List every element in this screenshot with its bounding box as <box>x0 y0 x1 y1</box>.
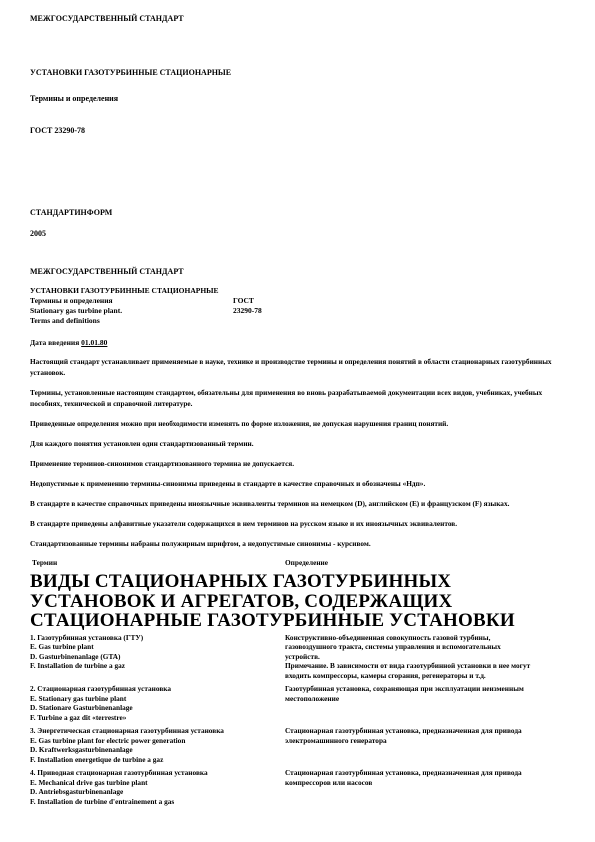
term-line: F. Installation energetique de turbine a… <box>30 755 275 765</box>
term-line: E. Gas turbine plant <box>30 642 275 652</box>
document-page: МЕЖГОСУДАРСТВЕННЫЙ СТАНДАРТ УСТАНОВКИ ГА… <box>0 0 595 842</box>
definition-cell: Стационарная газотурбинная установка, пр… <box>285 726 565 764</box>
term-line: 4. Приводная стационарная газотурбинная … <box>30 768 275 778</box>
term-line: D. Stationare Gasturbinenanlage <box>30 703 275 713</box>
definition-line: Стационарная газотурбинная установка, пр… <box>285 726 537 745</box>
intro-paragraph: Для каждого понятия установлен один стан… <box>30 438 565 449</box>
header-title-block: УСТАНОВКИ ГАЗОТУРБИННЫЕ СТАЦИОНАРНЫЕ Тер… <box>30 286 565 326</box>
definition-line: Стационарная газотурбинная установка, пр… <box>285 768 537 787</box>
section-heading: ВИДЫ СТАЦИОНАРНЫХ ГАЗОТУРБИННЫХ УСТАНОВО… <box>30 572 552 631</box>
term-cell: 3. Энергетическая стационарная газотурби… <box>30 726 285 764</box>
definition-line: Газотурбинная установка, сохраняющая при… <box>285 684 537 703</box>
cover-designation: ГОСТ 23290-78 <box>30 126 565 136</box>
intro-paragraph: В стандарте в качестве справочных привед… <box>30 498 565 509</box>
publisher-name: СТАНДАРТИНФОРМ <box>30 208 565 218</box>
header-title-en: Stationary gas turbine plant. <box>30 306 233 316</box>
term-line: 1. Газотурбинная установка (ГТУ) <box>30 633 275 643</box>
header-subtitle-en: Terms and definitions <box>30 316 233 326</box>
term-line: 3. Энергетическая стационарная газотурби… <box>30 726 275 736</box>
intro-paragraph: Приведенные определения можно при необхо… <box>30 418 565 429</box>
term-line: F. Installation de turbine a gaz <box>30 661 275 671</box>
designation-block: ГОСТ 23290-78 <box>233 286 262 326</box>
cover-standard-type: МЕЖГОСУДАРСТВЕННЫЙ СТАНДАРТ <box>30 14 565 24</box>
column-header-definition: Определение <box>285 558 328 568</box>
term-line: D. Antriebsgasturbinenanlage <box>30 787 275 797</box>
term-cell: 4. Приводная стационарная газотурбинная … <box>30 768 285 806</box>
term-line: D. Kraftwerksgasturbinenanlage <box>30 745 275 755</box>
intro-paragraph: Применение терминов-синонимов стандартиз… <box>30 458 565 469</box>
publisher-year: 2005 <box>30 229 565 239</box>
header-title-ru: УСТАНОВКИ ГАЗОТУРБИННЫЕ СТАЦИОНАРНЫЕ <box>30 286 233 296</box>
term-cell: 2. Стационарная газотурбинная установка … <box>30 684 285 722</box>
terms-table: 1. Газотурбинная установка (ГТУ) E. Gas … <box>30 633 565 807</box>
definition-line: Конструктивно-объединенная совокупность … <box>285 633 537 662</box>
intro-paragraph: Термины, установленные настоящим стандар… <box>30 387 565 409</box>
term-line: E. Mechanical drive gas turbine plant <box>30 778 275 788</box>
definition-cell: Газотурбинная установка, сохраняющая при… <box>285 684 565 722</box>
cover-subtitle: Термины и определения <box>30 94 565 104</box>
intro-paragraph: Недопустимые к применению термины-синони… <box>30 478 565 489</box>
intro-paragraph: Настоящий стандарт устанавливает применя… <box>30 356 565 378</box>
cover-title: УСТАНОВКИ ГАЗОТУРБИННЫЕ СТАЦИОНАРНЫЕ <box>30 68 565 78</box>
column-header-term: Термин <box>30 558 285 568</box>
effective-date-line: Дата введения 01.01.80 <box>30 338 565 348</box>
term-line: F. Turbine a gaz dit «terrestre» <box>30 713 275 723</box>
term-line: E. Gas turbine plant for electric power … <box>30 736 275 746</box>
effective-date-value: 01.01.80 <box>81 338 107 347</box>
term-line: 2. Стационарная газотурбинная установка <box>30 684 275 694</box>
designation-number: 23290-78 <box>233 306 262 316</box>
effective-date-label: Дата введения <box>30 338 79 347</box>
intro-paragraph: В стандарте приведены алфавитные указате… <box>30 518 565 529</box>
header-standard-type: МЕЖГОСУДАРСТВЕННЫЙ СТАНДАРТ <box>30 267 565 277</box>
header-titles: УСТАНОВКИ ГАЗОТУРБИННЫЕ СТАЦИОНАРНЫЕ Тер… <box>30 286 233 326</box>
header-subtitle-ru: Термины и определения <box>30 296 233 306</box>
table-row: 2. Стационарная газотурбинная установка … <box>30 684 565 722</box>
designation-label: ГОСТ <box>233 296 262 306</box>
term-line: D. Gasturbinenanlage (GTA) <box>30 652 275 662</box>
term-cell: 1. Газотурбинная установка (ГТУ) E. Gas … <box>30 633 285 681</box>
term-line: E. Stationary gas turbine plant <box>30 694 275 704</box>
table-column-headers: Термин Определение <box>30 558 565 568</box>
intro-section: Настоящий стандарт устанавливает применя… <box>30 356 565 549</box>
table-row: 1. Газотурбинная установка (ГТУ) E. Gas … <box>30 633 565 681</box>
definition-line: Примечание. В зависимости от вида газоту… <box>285 661 537 680</box>
intro-paragraph: Стандартизованные термины набраны полужи… <box>30 538 565 549</box>
term-line: F. Installation de turbine d'entrainemen… <box>30 797 275 807</box>
table-row: 3. Энергетическая стационарная газотурби… <box>30 726 565 764</box>
definition-cell: Конструктивно-объединенная совокупность … <box>285 633 565 681</box>
table-row: 4. Приводная стационарная газотурбинная … <box>30 768 565 806</box>
definition-cell: Стационарная газотурбинная установка, пр… <box>285 768 565 806</box>
